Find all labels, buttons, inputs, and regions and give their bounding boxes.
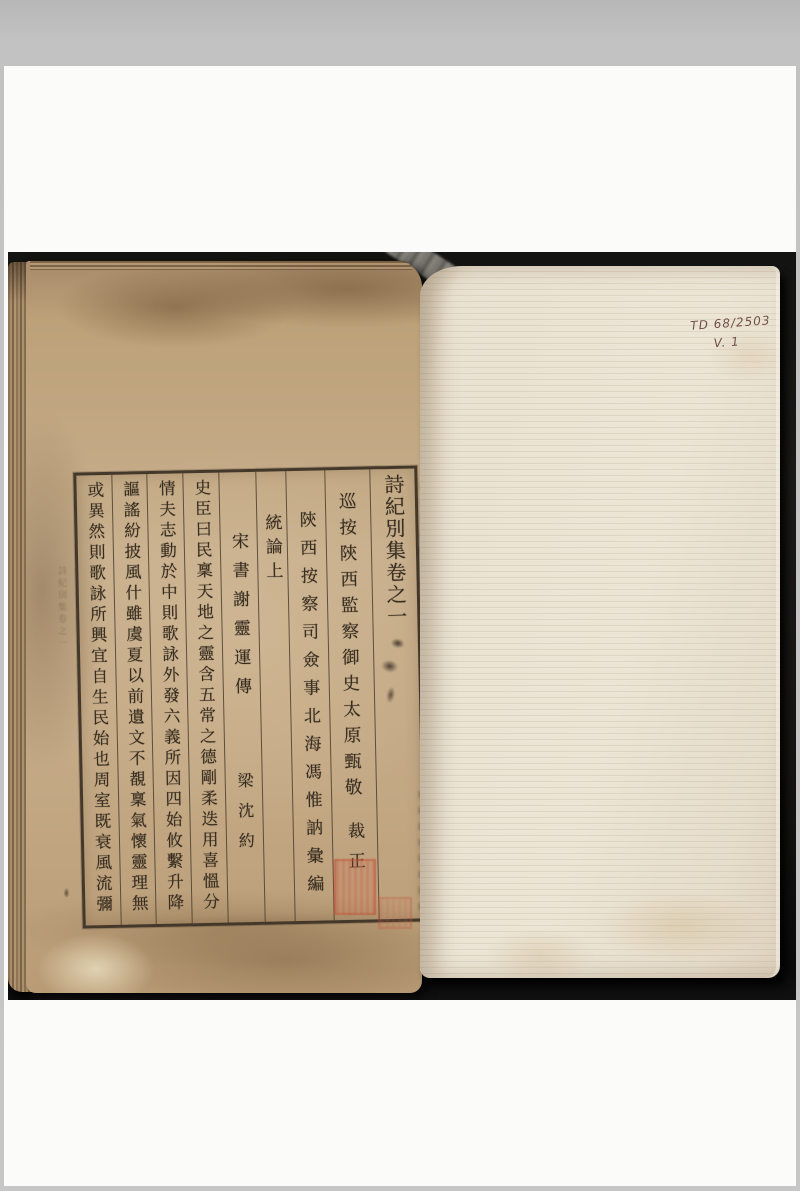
body-text-3: 謳謠紛披風什雖虞夏以前遺文不覩稟氣懷靈理無 [117,480,150,915]
stray-ink-mark [62,885,71,901]
red-collector-seal [334,859,376,915]
compiler-name-text: 陝西按察司僉事北海馮惟訥彙編 [294,511,327,903]
source-title-text: 宋書謝靈運傳 [226,532,255,706]
red-collector-seal-faint [378,897,412,929]
right-page: TD 68/2503 V. 1 [420,266,780,978]
left-page: 詩紀別集卷之一 詩紀別集卷之一 巡按陝西監察御史太原甄敬 裁正 陝西按察司僉事北… [26,261,422,993]
volume-title-text: 詩紀別集卷之一 [378,474,410,629]
fore-edge-title-label: 詩紀別集卷之一 [56,566,69,650]
reviser-name-text: 巡按陝西監察御史太原甄敬 [335,492,367,804]
section-heading-text: 統論上 [259,513,286,586]
body-text-2: 情夫志動於中則歌詠外發六義所因四始攸繫升降 [153,479,186,914]
body-text-1: 史臣曰民稟天地之靈含五常之德剛柔迭用喜慍分 [189,479,222,914]
book-photograph: 詩紀別集卷之一 詩紀別集卷之一 巡按陝西監察御史太原甄敬 裁正 陝西按察司僉事北… [8,252,796,1000]
scanned-book-page: { "scan": { "shelfmark": { "line1": "TD … [0,0,800,1191]
shelfmark-annotation: TD 68/2503 V. 1 [690,311,773,355]
body-text-4: 或異然則歌詠所興宜自生民始也周室既衰風流彌 [82,481,115,916]
source-author-text: 梁沈約 [232,772,257,862]
